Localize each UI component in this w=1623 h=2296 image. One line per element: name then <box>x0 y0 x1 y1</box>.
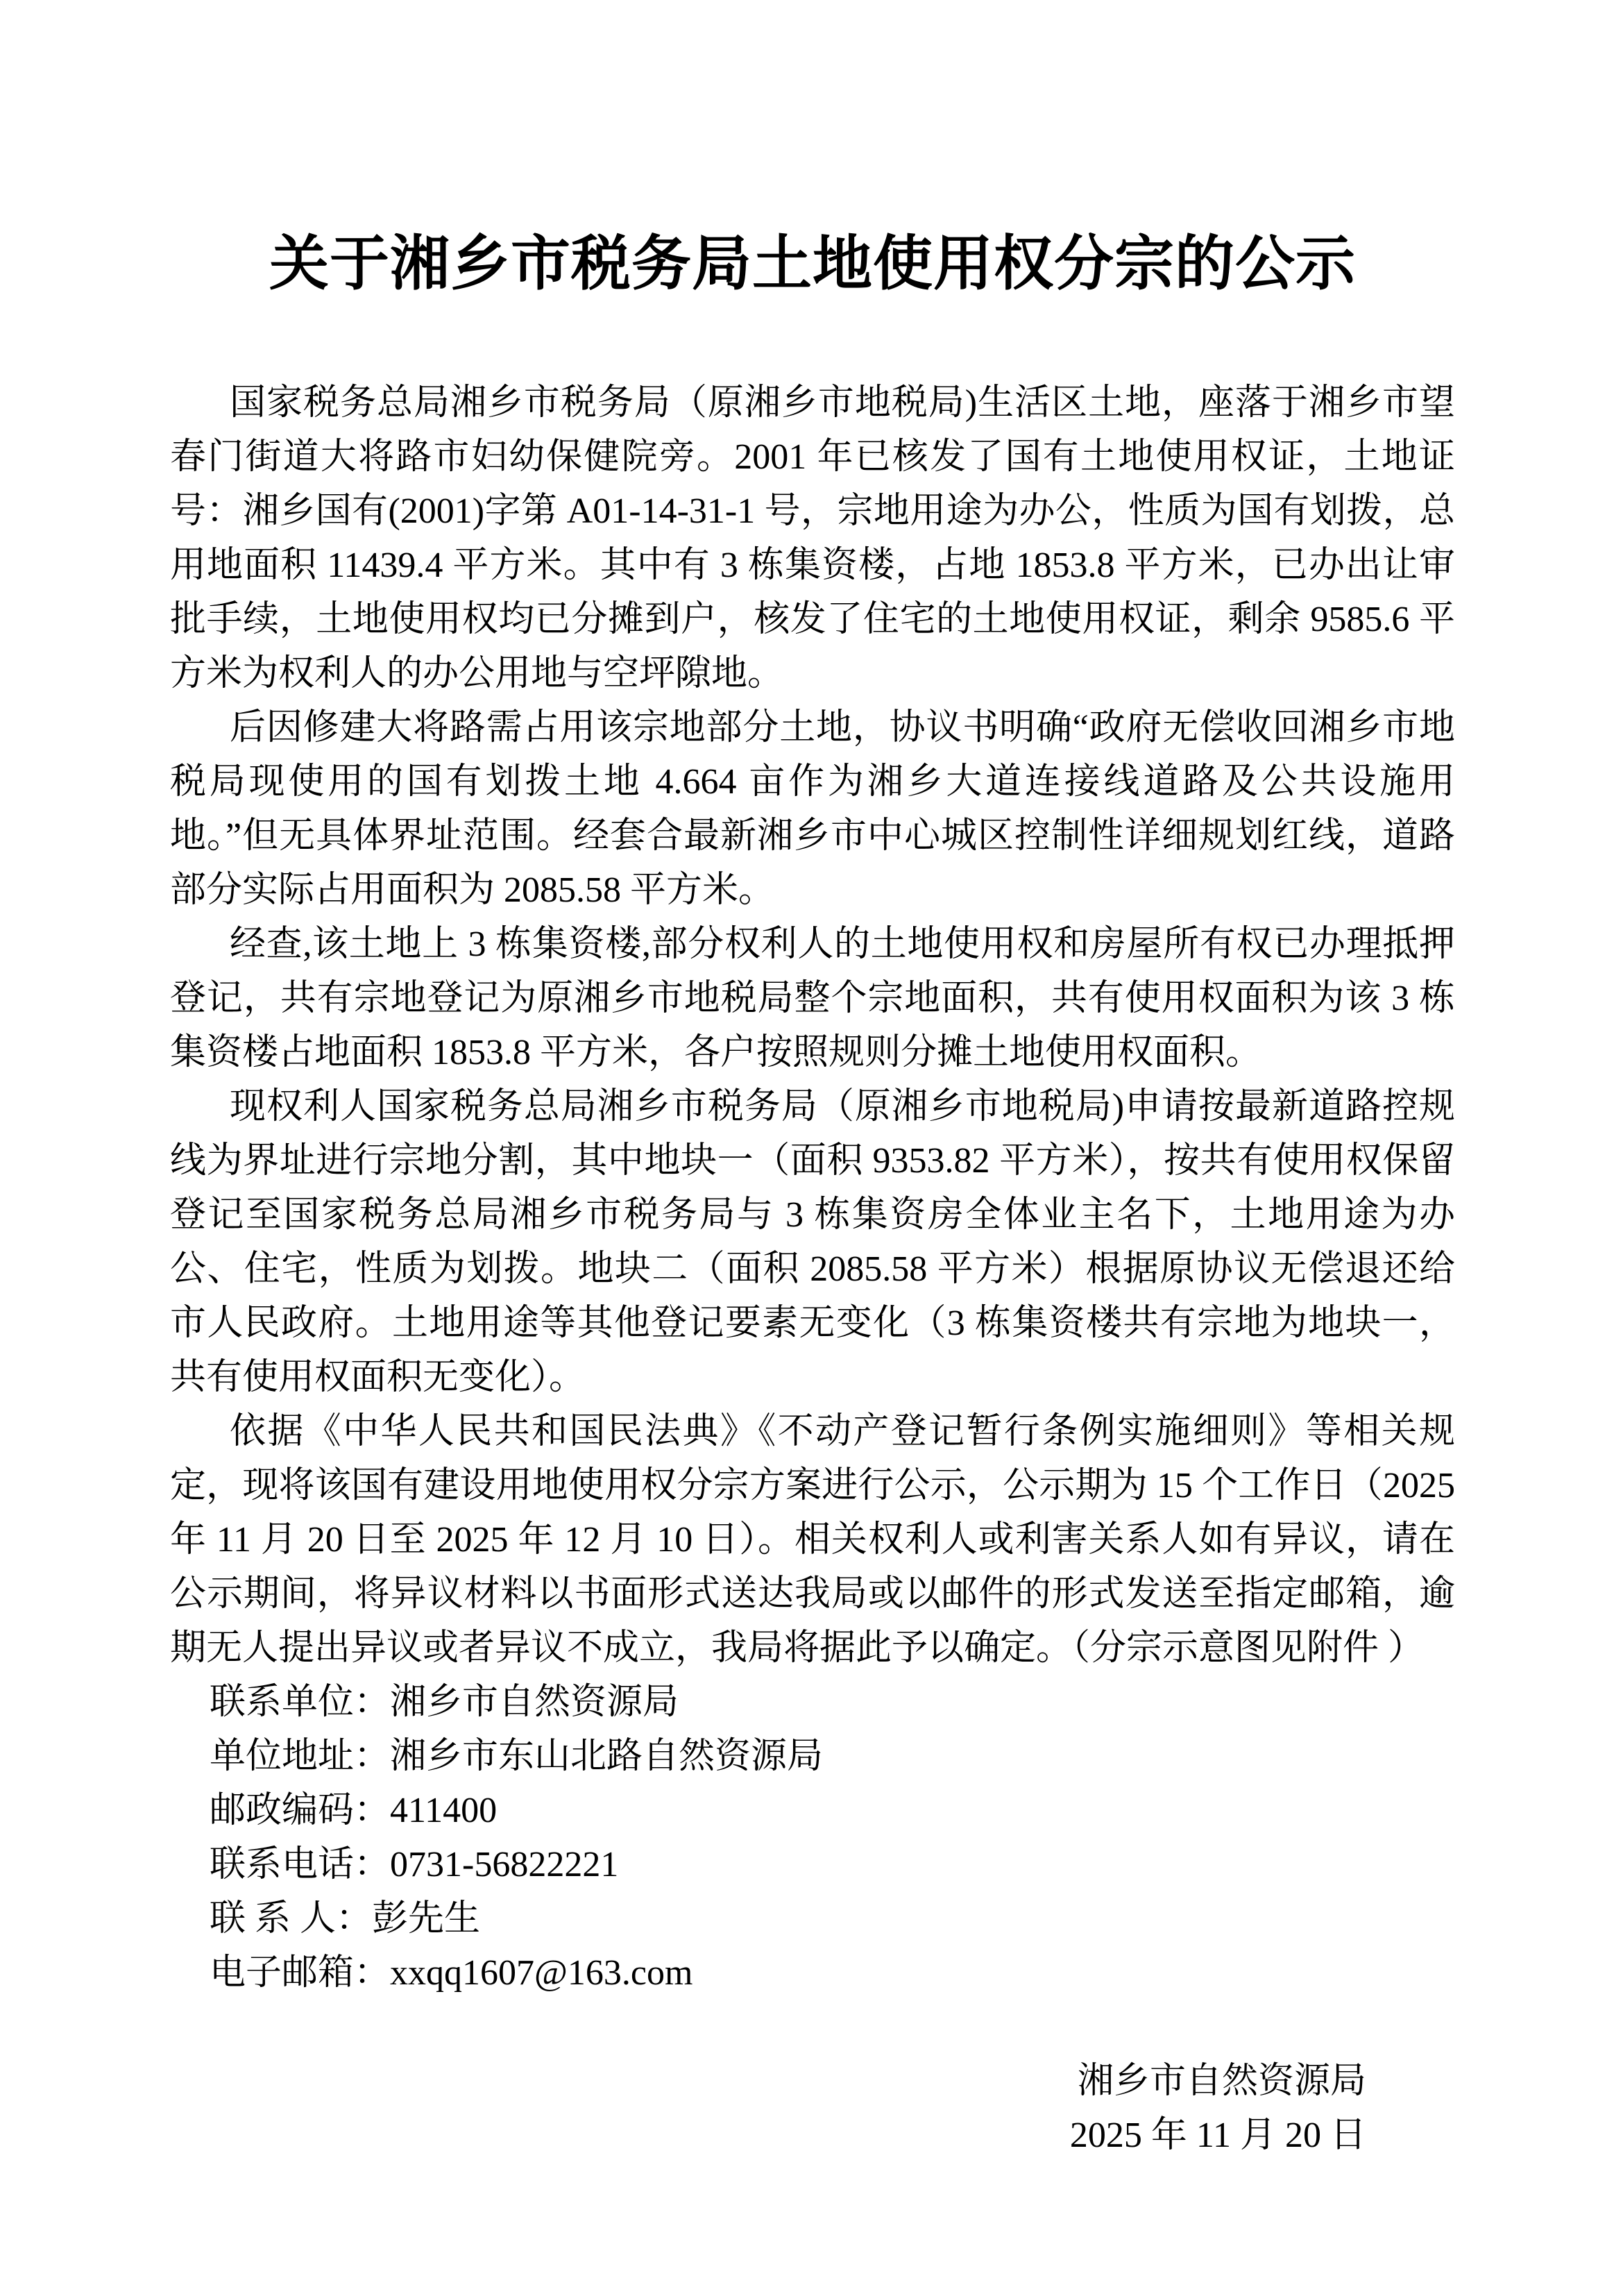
contact-line-phone: 联系电话：0731-56822221 <box>170 1838 1455 1892</box>
contact-line-person: 联 系 人：彭先生 <box>170 1892 1455 1946</box>
contact-postcode-value: 411400 <box>390 1791 497 1830</box>
contact-phone-value: 0731-56822221 <box>390 1845 618 1884</box>
paragraph-land-status: 国家税务总局湘乡市税务局（原湘乡市地税局)生活区土地，座落于湘乡市望春门街道大将… <box>170 376 1455 701</box>
signature-org: 湘乡市自然资源局 <box>170 2054 1366 2109</box>
paragraph-mortgage-registration: 经查,该土地上 3 栋集资楼,部分权利人的土地使用权和房屋所有权已办理抵押登记，… <box>170 918 1455 1080</box>
contact-unit-value: 湘乡市自然资源局 <box>390 1682 679 1722</box>
contact-person-value: 彭先生 <box>372 1899 480 1939</box>
contact-line-postcode: 邮政编码：411400 <box>170 1784 1455 1838</box>
contact-block: 联系单位：湘乡市自然资源局 单位地址：湘乡市东山北路自然资源局 邮政编码：411… <box>170 1675 1455 2000</box>
notice-body: 国家税务总局湘乡市税务局（原湘乡市地税局)生活区土地，座落于湘乡市望春门街道大将… <box>170 376 1455 2163</box>
contact-phone-label: 联系电话： <box>210 1845 390 1884</box>
signature-block: 湘乡市自然资源局 2025 年 11 月 20 日 <box>170 2054 1455 2163</box>
notice-title: 关于湘乡市税务局土地使用权分宗的公示 <box>170 229 1455 298</box>
contact-email-label: 电子邮箱： <box>210 1953 390 1993</box>
contact-postcode-label: 邮政编码： <box>210 1791 390 1830</box>
contact-email-value: xxqq1607@163.com <box>390 1953 692 1993</box>
contact-unit-label: 联系单位： <box>210 1682 390 1722</box>
contact-line-unit: 联系单位：湘乡市自然资源局 <box>170 1675 1455 1730</box>
paragraph-parcel-split-plan: 现权利人国家税务总局湘乡市税务局（原湘乡市地税局)申请按最新道路控规线为界址进行… <box>170 1080 1455 1405</box>
contact-line-email: 电子邮箱：xxqq1607@163.com <box>170 1946 1455 2000</box>
notice-document: 关于湘乡市税务局土地使用权分宗的公示 国家税务总局湘乡市税务局（原湘乡市地税局)… <box>0 0 1623 2296</box>
signature-date: 2025 年 11 月 20 日 <box>170 2109 1366 2163</box>
paragraph-road-occupation: 后因修建大将路需占用该宗地部分土地，协议书明确“政府无偿收回湘乡市地税局现使用的… <box>170 701 1455 918</box>
contact-address-label: 单位地址： <box>210 1737 390 1776</box>
contact-person-label: 联 系 人： <box>210 1899 372 1939</box>
paragraph-publicity-period: 依据《中华人民共和国民法典》《不动产登记暂行条例实施细则》等相关规定，现将该国有… <box>170 1405 1455 1675</box>
contact-line-address: 单位地址：湘乡市东山北路自然资源局 <box>170 1730 1455 1784</box>
contact-address-value: 湘乡市东山北路自然资源局 <box>390 1737 823 1776</box>
